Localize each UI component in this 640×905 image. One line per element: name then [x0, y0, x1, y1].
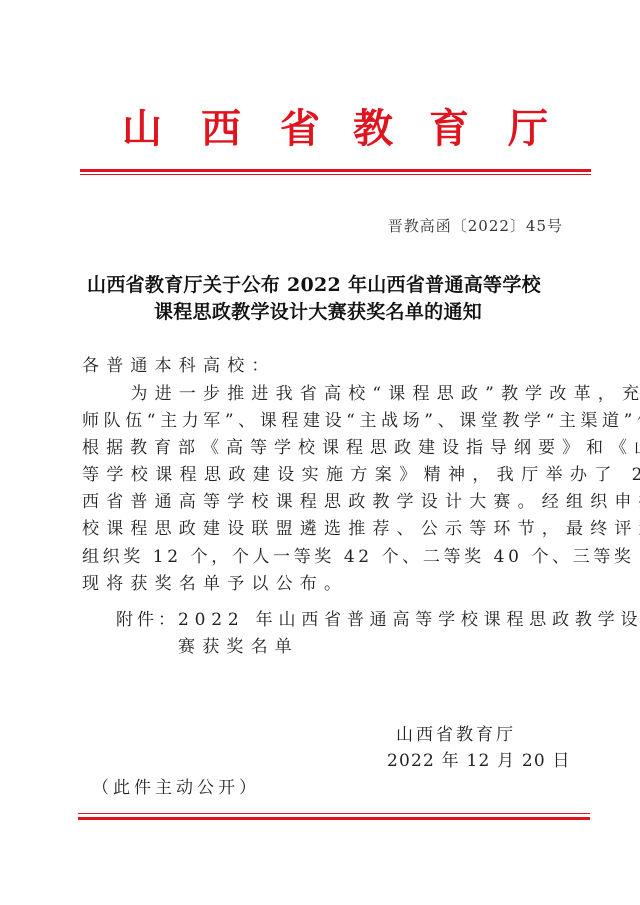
masthead-char: 西	[199, 104, 243, 154]
footer-rule-thick	[78, 817, 590, 820]
attachment-title-line2: 赛获奖名单	[178, 635, 378, 659]
issue-date: 2022 年 12 月 20 日	[387, 749, 571, 773]
document-title-line2: 课程思政教学设计大赛获奖名单的通知	[0, 300, 638, 324]
masthead-char: 育	[427, 104, 471, 154]
body-line: 师队伍“主力军”、课程建设“主战场”、课堂教学“主渠道”作用，	[82, 409, 562, 433]
header-rule-thick	[80, 169, 591, 172]
issuer-signature: 山西省教育厅	[396, 723, 516, 747]
body-line: 校课程思政建设联盟遴选推荐、公示等环节，最终评选出优秀	[82, 517, 562, 541]
body-line: 等学校课程思政建设实施方案》精神，我厅举办了 2022 年山	[82, 463, 562, 487]
header-rule-thin	[80, 174, 591, 175]
attachment-label: 附件：	[116, 608, 176, 632]
masthead-char: 省	[278, 104, 322, 154]
body-line: 为进一步推进我省高校“课程思政”教学改革，充分发挥教	[82, 382, 562, 406]
masthead-char: 教	[351, 104, 395, 154]
document-title-line1: 山西省教育厅关于公布 2022 年山西省普通高等学校	[0, 273, 634, 297]
masthead: 山 西 省 教 育 厅	[0, 104, 640, 154]
masthead-char: 山	[120, 104, 164, 154]
disclosure-note: （此件主动公开）	[92, 776, 260, 800]
salutation: 各普通本科高校：	[82, 354, 562, 378]
body-line: 根据教育部《高等学校课程思政建设指导纲要》和《山西省高	[82, 436, 562, 460]
footer-rule-thin	[78, 813, 590, 814]
attachment-title-line1: 2022 年山西省普通高等学校课程思政教学设计大	[178, 608, 562, 632]
body-line: 现将获奖名单予以公布。	[82, 572, 562, 596]
body-line: 西省普通高等学校课程思政教学设计大赛。经组织申报、省高	[82, 490, 562, 514]
document-number: 晋教高函〔2022〕45号	[380, 216, 563, 236]
body-line: 组织奖 12 个，个人一等奖 42 个、二等奖 40 个、三等奖 80 个。	[82, 545, 562, 569]
masthead-char: 厅	[506, 104, 550, 154]
